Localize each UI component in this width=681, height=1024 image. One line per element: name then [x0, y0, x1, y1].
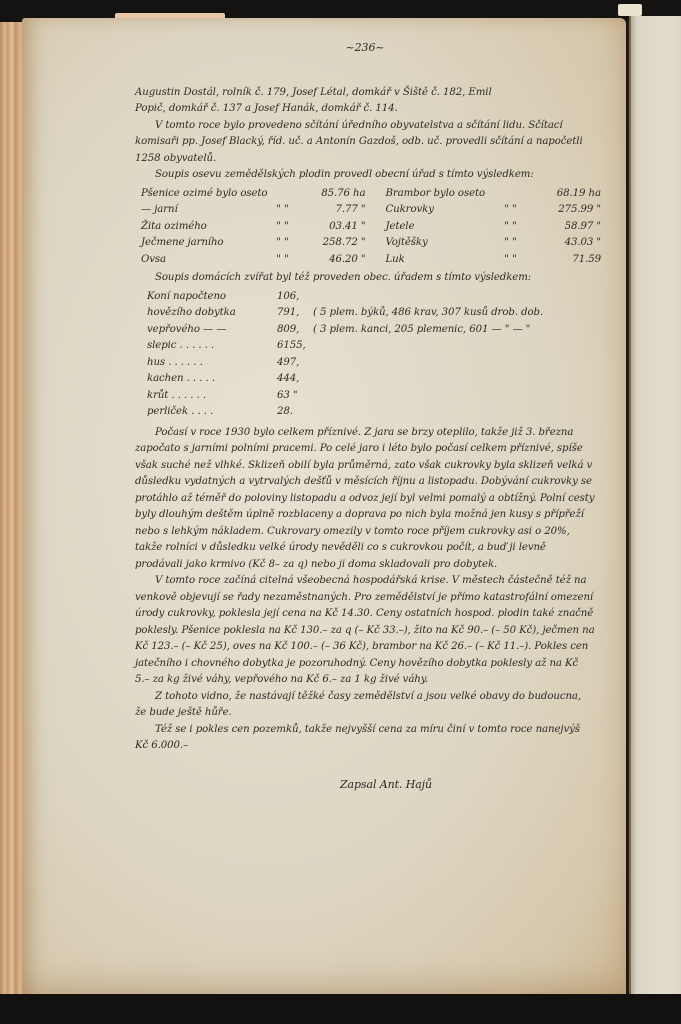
ditto-mark: " "	[495, 252, 525, 269]
table-row: slepic . . . . . . 6155,	[147, 338, 543, 355]
animal-note	[307, 388, 543, 405]
animal-count: 497,	[277, 355, 307, 372]
table-row: — jarní " " 7.77 " Cukrovky " " 275.99 "	[141, 202, 601, 219]
land-price-paragraph: Též se i pokles cen pozemků, takže nejvy…	[135, 722, 595, 755]
animals-intro: Soupis domácích zvířat byl též proveden …	[135, 270, 595, 287]
crop-name: Žita ozimého	[141, 219, 267, 236]
animal-note	[307, 371, 543, 388]
ditto-mark	[267, 186, 297, 203]
crop-area: 46.20 "	[297, 252, 375, 269]
crop-area: 7.77 "	[297, 202, 375, 219]
crop-area: 58.97 "	[525, 219, 601, 236]
animal-note	[307, 404, 543, 421]
animal-note: ( 3 plem. kanci, 205 plemenic, 601 — " —…	[307, 322, 543, 339]
ditto-mark: " "	[495, 235, 525, 252]
crop-name: Brambor bylo oseto	[375, 186, 495, 203]
animal-note	[307, 289, 543, 306]
crop-area: 258.72 "	[297, 235, 375, 252]
animal-count: 106,	[277, 289, 307, 306]
opening-line-1: Augustin Dostál, rolník č. 179, Josef Lé…	[135, 85, 595, 102]
animal-count: 63 "	[277, 388, 307, 405]
animal-name: perliček . . . .	[147, 404, 277, 421]
animal-count: 791,	[277, 305, 307, 322]
scan-background-bottom	[0, 994, 681, 1024]
animal-name: Koní napočteno	[147, 289, 277, 306]
outlook-paragraph: Z tohoto vidno, že nastávají těžké časy …	[135, 689, 595, 722]
signature: Zapsal Ant. Hajů	[340, 777, 595, 794]
crop-name: Vojtěšky	[375, 235, 495, 252]
crop-area: 03.41 "	[297, 219, 375, 236]
animal-name: krůt . . . . . .	[147, 388, 277, 405]
ditto-mark: " "	[267, 202, 297, 219]
ditto-mark: " "	[495, 219, 525, 236]
animal-name: vepřového — —	[147, 322, 277, 339]
adjacent-page	[629, 16, 681, 994]
crop-area: 71.59	[525, 252, 601, 269]
census-paragraph: V tomto roce bylo provedeno sčítání úřed…	[135, 118, 595, 168]
ditto-mark: " "	[267, 219, 297, 236]
crops-table: Pšenice ozimé bylo oseto 85.76 ha Brambo…	[141, 186, 601, 269]
manuscript-text: ~236~ Augustin Dostál, rolník č. 179, Jo…	[135, 40, 595, 793]
weather-paragraph: Počasí v roce 1930 bylo celkem příznivé.…	[135, 425, 595, 574]
animals-table: Koní napočteno 106, hovězího dobytka 791…	[147, 289, 543, 421]
page-tab-marker-right	[618, 4, 642, 16]
page-number: ~236~	[135, 40, 595, 57]
crops-intro: Soupis osevu zemědělských plodin provedl…	[135, 167, 595, 184]
table-row: vepřového — — 809, ( 3 plem. kanci, 205 …	[147, 322, 543, 339]
table-row: hovězího dobytka 791, ( 5 plem. býků, 48…	[147, 305, 543, 322]
crop-name: Ječmene jarního	[141, 235, 267, 252]
ditto-mark: " "	[267, 235, 297, 252]
ditto-mark: " "	[495, 202, 525, 219]
table-row: Ječmene jarního " " 258.72 " Vojtěšky " …	[141, 235, 601, 252]
table-row: kachen . . . . . 444,	[147, 371, 543, 388]
table-row: Koní napočteno 106,	[147, 289, 543, 306]
crop-name: Jetele	[375, 219, 495, 236]
crop-name: — jarní	[141, 202, 267, 219]
crop-area: 275.99 "	[525, 202, 601, 219]
crop-name: Pšenice ozimé bylo oseto	[141, 186, 267, 203]
opening-line-2: Popič, domkář č. 137 a Josef Hanák, domk…	[135, 101, 595, 118]
animal-note	[307, 355, 543, 372]
animal-name: slepic . . . . . .	[147, 338, 277, 355]
table-row: Pšenice ozimé bylo oseto 85.76 ha Brambo…	[141, 186, 601, 203]
crop-area: 43.03 "	[525, 235, 601, 252]
crisis-paragraph: V tomto roce začíná citelná všeobecná ho…	[135, 573, 595, 689]
animal-count: 28.	[277, 404, 307, 421]
animal-note	[307, 338, 543, 355]
crop-name: Cukrovky	[375, 202, 495, 219]
ditto-mark	[495, 186, 525, 203]
crop-name: Luk	[375, 252, 495, 269]
animal-name: kachen . . . . .	[147, 371, 277, 388]
animal-count: 809,	[277, 322, 307, 339]
table-row: perliček . . . . 28.	[147, 404, 543, 421]
table-row: Žita ozimého " " 03.41 " Jetele " " 58.9…	[141, 219, 601, 236]
table-row: hus . . . . . . 497,	[147, 355, 543, 372]
animal-count: 444,	[277, 371, 307, 388]
table-row: krůt . . . . . . 63 "	[147, 388, 543, 405]
animal-name: hus . . . . . .	[147, 355, 277, 372]
animal-name: hovězího dobytka	[147, 305, 277, 322]
table-row: Ovsa " " 46.20 " Luk " " 71.59	[141, 252, 601, 269]
ditto-mark: " "	[267, 252, 297, 269]
animal-count: 6155,	[277, 338, 307, 355]
crop-area: 85.76 ha	[297, 186, 375, 203]
crop-name: Ovsa	[141, 252, 267, 269]
crop-area: 68.19 ha	[525, 186, 601, 203]
animal-note: ( 5 plem. býků, 486 krav, 307 kusů drob.…	[307, 305, 543, 322]
